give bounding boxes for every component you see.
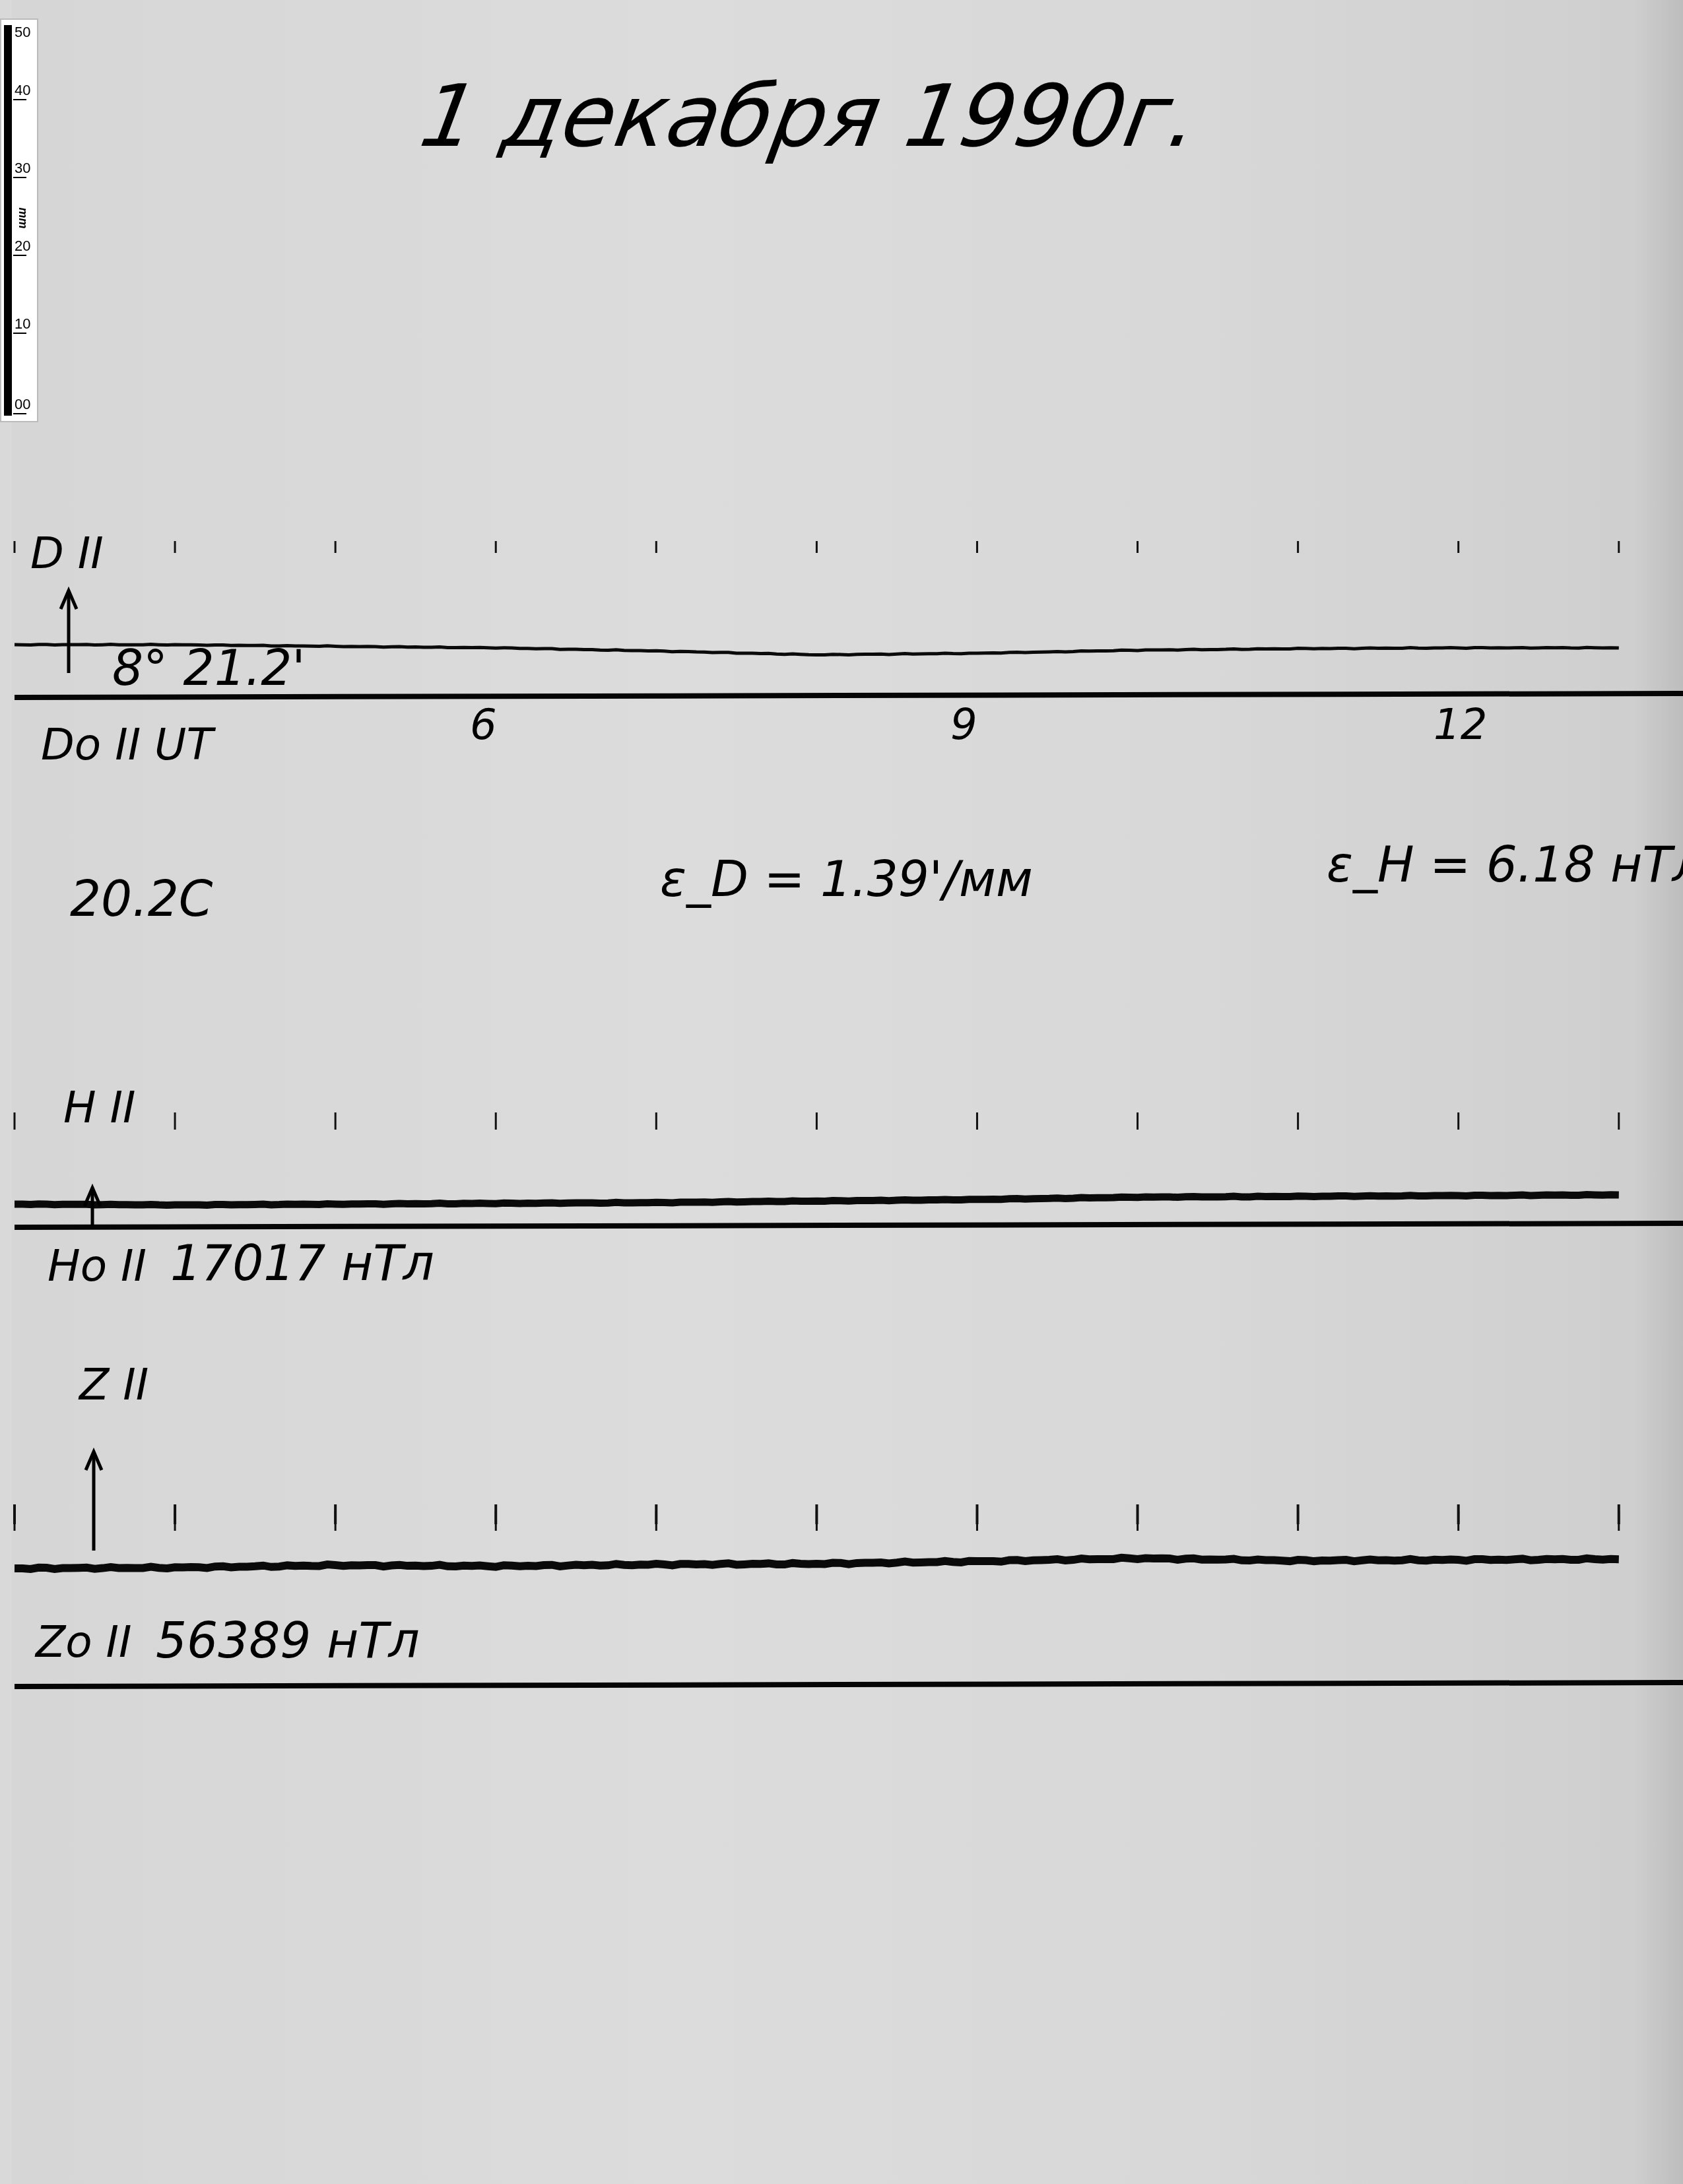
h-scale-label: ε_H = 6.18 нТл/мм (1327, 837, 1683, 893)
h-baseline-value: 17017 нТл (170, 1235, 434, 1292)
temperature-label: 20.2C (70, 871, 213, 928)
magnetogram-traces (0, 0, 1683, 2184)
d-scale-label: ε_D = 1.39'/мм (660, 851, 1033, 908)
z-baseline (15, 1683, 1683, 1686)
d-baseline-value: 8° 21.2' (112, 640, 306, 697)
d-channel-label: D II (30, 528, 104, 579)
hour-label: 12 (1434, 701, 1487, 750)
z-trace (15, 1558, 1619, 1569)
h-channel-label: H II (63, 1082, 136, 1133)
z-channel-label: Z II (79, 1359, 148, 1410)
d-baseline-label: Do II UT (41, 719, 213, 770)
hour-label: 9 (950, 701, 977, 750)
h-trace (15, 1195, 1619, 1205)
hour-label: 6 (470, 701, 497, 750)
z-baseline-value: 56389 нТл (156, 1613, 420, 1669)
h-baseline (15, 1223, 1683, 1227)
h-baseline-label: Ho II (48, 1240, 147, 1291)
chart-title: 1 декабря 1990г. (414, 66, 1207, 166)
z-baseline-label: Zo II (36, 1617, 132, 1667)
